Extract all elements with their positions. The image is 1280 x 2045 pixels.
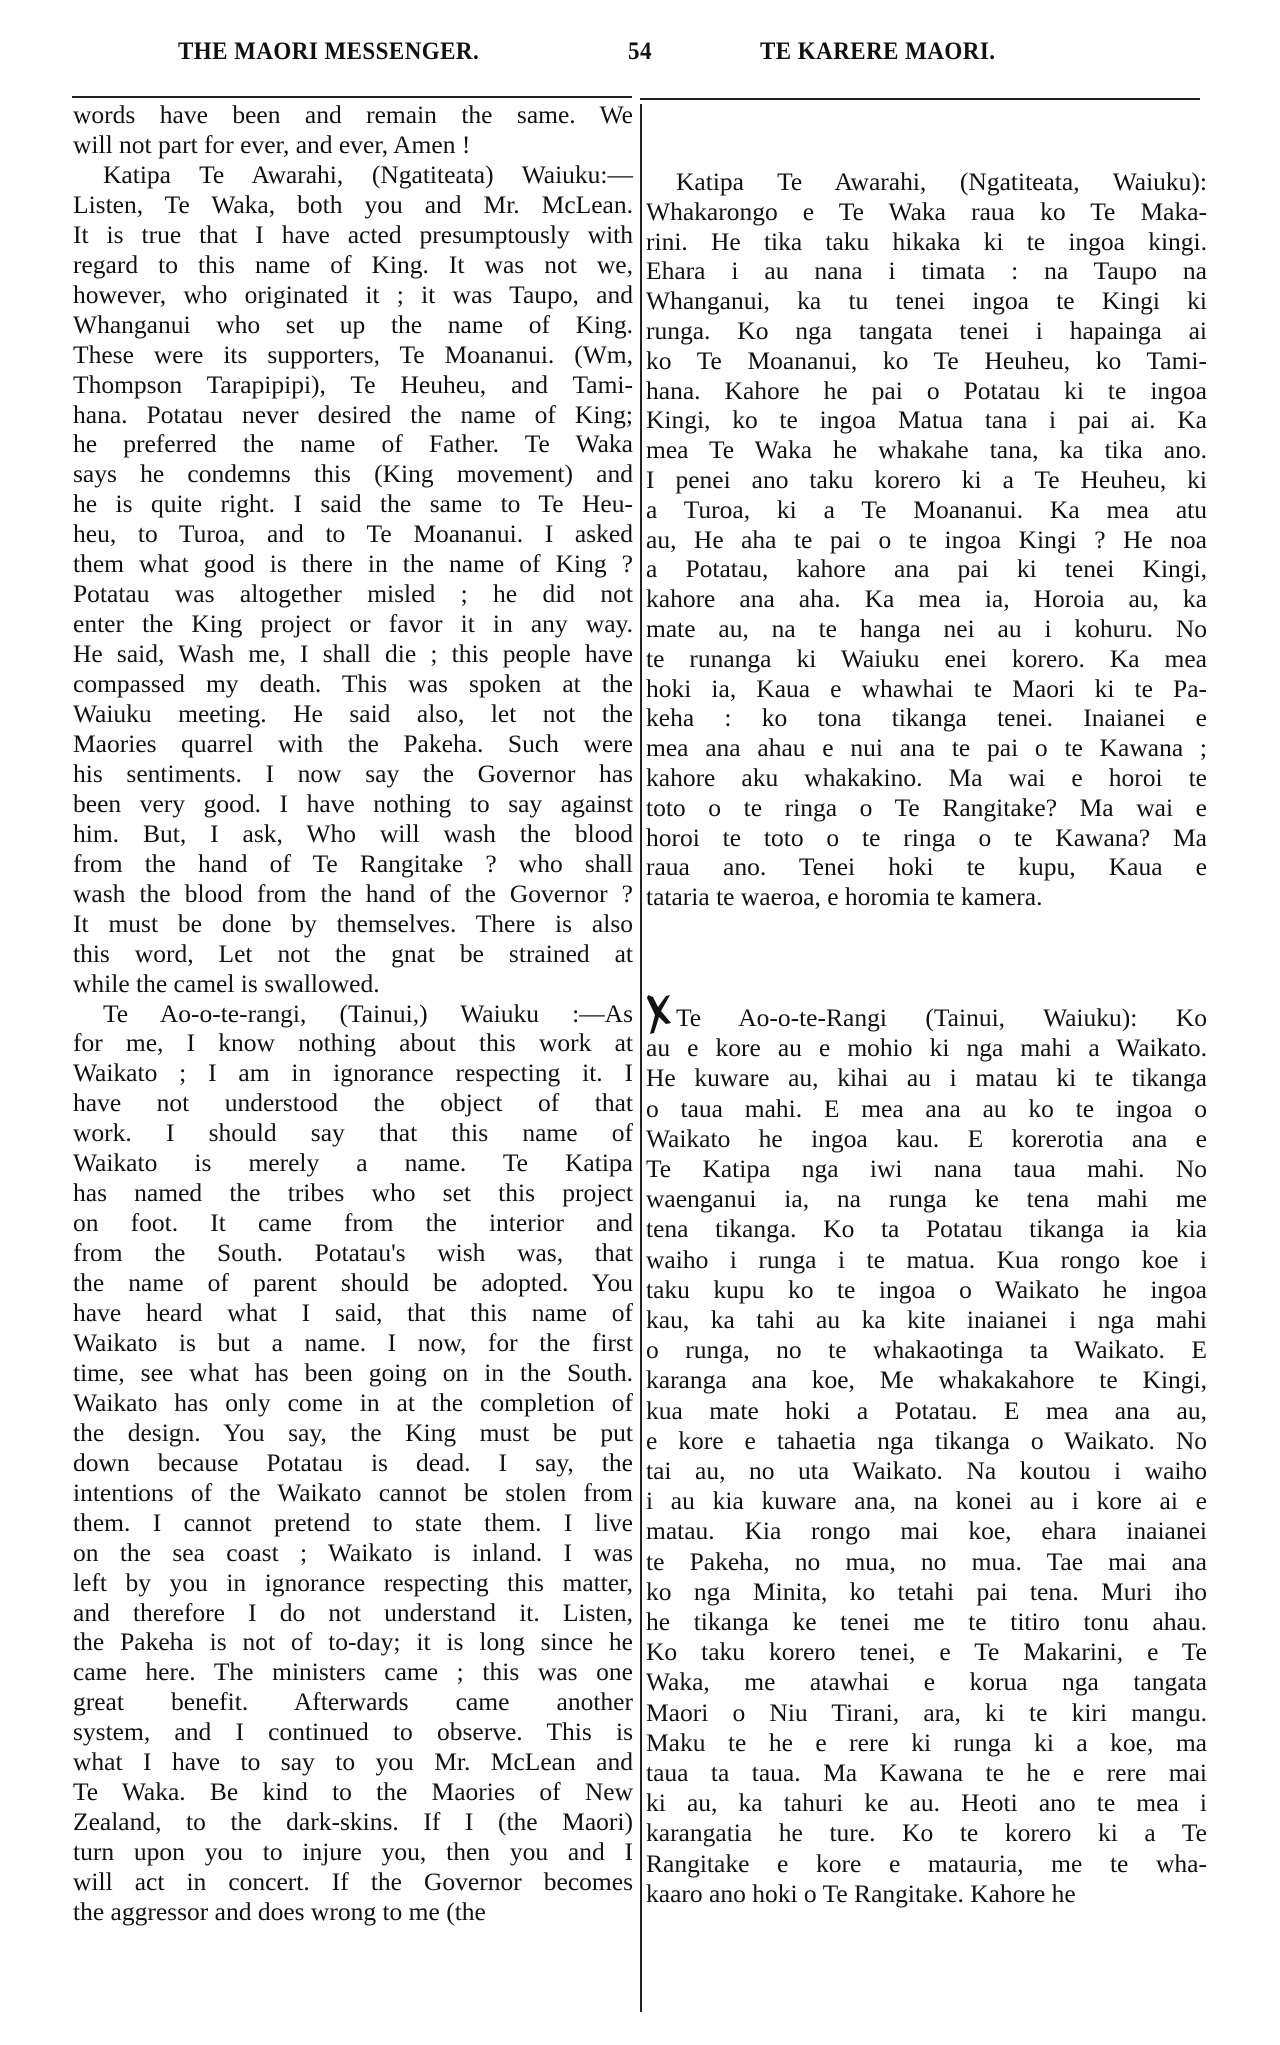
text-line: o taua mahi. E mea ana au ko te ingoa o <box>646 1094 1207 1124</box>
text-line: matau. Kia rongo mai koe, ehara inaianei <box>646 1516 1207 1546</box>
text-line: te runanga ki Waiuku enei korero. Ka mea <box>646 644 1207 674</box>
text-line: taku kupu ko te ingoa o Waikato he ingoa <box>646 1275 1207 1305</box>
text-line: Katipa Te Awarahi, (Ngatiteata, Waiuku): <box>646 167 1207 197</box>
text-line: These were its supporters, Te Moananui. … <box>73 340 633 370</box>
text-line: taua ta taua. Ma Kawana te he e rere mai <box>646 1758 1207 1788</box>
text-line: the Pakeha is not of to-day; it is long … <box>73 1627 633 1657</box>
text-line: from the hand of Te Rangitake ? who shal… <box>73 849 633 879</box>
text-line: and therefore I do not understand it. Li… <box>73 1598 633 1628</box>
text-line: Waikato has only come in at the completi… <box>73 1388 633 1418</box>
text-line: Maku te he e rere ki runga ki a koe, ma <box>646 1728 1207 1758</box>
text-line: time, see what has been going on in the … <box>73 1358 633 1388</box>
page-number: 54 <box>628 38 652 66</box>
header-rule-left <box>72 96 632 98</box>
text-line: Ko taku korero tenei, e Te Makarini, e T… <box>646 1637 1207 1667</box>
text-line: He said, Wash me, I shall die ; this peo… <box>73 639 633 669</box>
text-line: He kuware au, kihai au i matau ki te tik… <box>646 1063 1207 1093</box>
text-line: I penei ano taku korero ki a Te Heuheu, … <box>646 465 1207 495</box>
text-line: this word, Let not the gnat be strained … <box>73 939 633 969</box>
text-line: intentions of the Waikato cannot be stol… <box>73 1478 633 1508</box>
text-line: Te Waka. Be kind to the Maories of New <box>73 1777 633 1807</box>
text-line: down because Potatau is dead. I say, the <box>73 1448 633 1478</box>
text-line: horoi te toto o te ringa o te Kawana? Ma <box>646 823 1207 853</box>
text-line: karanga ana koe, Me whakakahore te Kingi… <box>646 1365 1207 1395</box>
x-mark-icon <box>644 993 674 1035</box>
text-line: Katipa Te Awarahi, (Ngatiteata) Waiuku:— <box>73 160 633 190</box>
text-line: Waikato is but a name. I now, for the fi… <box>73 1328 633 1358</box>
text-line: have heard what I said, that this name o… <box>73 1298 633 1328</box>
text-line: tena tikanga. Ko ta Potatau tikanga ia k… <box>646 1214 1207 1244</box>
text-line: ko Te Moananui, ko Te Heuheu, ko Tami- <box>646 346 1207 376</box>
text-line: Kingi, ko te ingoa Matua tana i pai ai. … <box>646 405 1207 435</box>
text-line: Waikato he ingoa kau. E korerotia ana e <box>646 1124 1207 1154</box>
text-line: him. But, I ask, Who will wash the blood <box>73 819 633 849</box>
text-line: however, who originated it ; it was Taup… <box>73 280 633 310</box>
text-line: Waka, me atawhai e korua nga tangata <box>646 1667 1207 1697</box>
text-line: e kore e tahaetia nga tikanga o Waikato.… <box>646 1426 1207 1456</box>
text-line: a Potatau, kahore ana pai ki tenei Kingi… <box>646 554 1207 584</box>
text-line: wash the blood from the hand of the Gove… <box>73 879 633 909</box>
text-line: words have been and remain the same. We <box>73 100 633 130</box>
text-line: left by you in ignorance respecting this… <box>73 1568 633 1598</box>
text-line: will not part for ever, and ever, Amen ! <box>73 130 633 160</box>
text-line: Te Ao-o-te-Rangi (Tainui, Waiuku): Ko <box>646 1003 1207 1033</box>
text-line: waiho i runga i te matua. Kua rongo koe … <box>646 1245 1207 1275</box>
text-line: the name of parent should be adopted. Yo… <box>73 1268 633 1298</box>
text-line: says he condemns this (King movement) an… <box>73 459 633 489</box>
text-line: kau, ka tahi au ka kite inaianei i nga m… <box>646 1305 1207 1335</box>
text-line: tataria te waeroa, e horomia te kamera. <box>646 882 1207 912</box>
text-line: i au kia kuware ana, na konei au i kore … <box>646 1486 1207 1516</box>
text-line: o runga, no te whakaotinga ta Waikato. E <box>646 1335 1207 1365</box>
text-line: hana. Kahore he pai o Potatau ki te ingo… <box>646 376 1207 406</box>
text-line: au, He aha te pai o te ingoa Kingi ? He … <box>646 525 1207 555</box>
text-line: compassed my death. This was spoken at t… <box>73 669 633 699</box>
text-line: regard to this name of King. It was not … <box>73 250 633 280</box>
text-line: been very good. I have nothing to say ag… <box>73 789 633 819</box>
text-line: what I have to say to you Mr. McLean and <box>73 1747 633 1777</box>
text-line: Waiuku meeting. He said also, let not th… <box>73 699 633 729</box>
text-line: mea ana ahau e nui ana te pai o te Kawan… <box>646 733 1207 763</box>
text-line: from the South. Potatau's wish was, that <box>73 1238 633 1268</box>
text-line: Te Katipa nga iwi nana taua mahi. No <box>646 1154 1207 1184</box>
text-line: them. I cannot pretend to state them. I … <box>73 1508 633 1538</box>
text-line: karangatia he ture. Ko te korero ki a Te <box>646 1818 1207 1848</box>
text-line: them what good is there in the name of K… <box>73 549 633 579</box>
text-line: It is true that I have acted presumptous… <box>73 220 633 250</box>
text-line: waenganui ia, na runga ke tena mahi me <box>646 1184 1207 1214</box>
text-line: Whanganui who set up the name of King. <box>73 310 633 340</box>
text-line: hana. Potatau never desired the name of … <box>73 400 633 430</box>
text-line: will act in concert. If the Governor bec… <box>73 1867 633 1897</box>
text-line: hoki ia, Kaua e whawhai te Maori ki te P… <box>646 674 1207 704</box>
text-line: rini. He tika taku hikaka ki te ingoa ki… <box>646 227 1207 257</box>
text-line: Te Ao-o-te-rangi, (Tainui,) Waiuku :—As <box>73 999 633 1029</box>
header-title-english: THE MAORI MESSENGER. <box>178 38 479 66</box>
text-line: work. I should say that this name of <box>73 1118 633 1148</box>
text-line: turn upon you to injure you, then you an… <box>73 1837 633 1867</box>
text-line: system, and I continued to observe. This… <box>73 1717 633 1747</box>
text-line: ko nga Minita, ko tetahi pai tena. Muri … <box>646 1577 1207 1607</box>
text-line: heu, to Turoa, and to Te Moananui. I ask… <box>73 519 633 549</box>
text-line: kahore ana aha. Ka mea ia, Horoia au, ka <box>646 584 1207 614</box>
text-line: for me, I know nothing about this work a… <box>73 1028 633 1058</box>
text-line: keha : ko tona tikanga tenei. Inaianei e <box>646 703 1207 733</box>
text-line: great benefit. Afterwards came another <box>73 1687 633 1717</box>
text-line: on foot. It came from the interior and <box>73 1208 633 1238</box>
text-line: a Turoa, ki a Te Moananui. Ka mea atu <box>646 495 1207 525</box>
text-line: kahore aku whakakino. Ma wai e horoi te <box>646 763 1207 793</box>
text-line: toto o te ringa o Te Rangitake? Ma wai e <box>646 793 1207 823</box>
text-line: he is quite right. I said the same to Te… <box>73 489 633 519</box>
text-line: tai au, no uta Waikato. Na koutou i waih… <box>646 1456 1207 1486</box>
text-line: runga. Ko nga tangata tenei i hapainga a… <box>646 316 1207 346</box>
text-line: his sentiments. I now say the Governor h… <box>73 759 633 789</box>
text-line: Thompson Tarapipipi), Te Heuheu, and Tam… <box>73 370 633 400</box>
text-line: mea Te Waka he whakahe tana, ka tika ano… <box>646 435 1207 465</box>
text-line: the design. You say, the King must be pu… <box>73 1418 633 1448</box>
text-line: Whakarongo e Te Waka raua ko Te Maka- <box>646 197 1207 227</box>
text-line: Zealand, to the dark-skins. If I (the Ma… <box>73 1807 633 1837</box>
text-line: kua mate hoki a Potatau. E mea ana au, <box>646 1396 1207 1426</box>
text-line: has named the tribes who set this projec… <box>73 1178 633 1208</box>
text-line: It must be done by themselves. There is … <box>73 909 633 939</box>
text-line: on the sea coast ; Waikato is inland. I … <box>73 1538 633 1568</box>
header-title-maori: TE KARERE MAORI. <box>760 38 995 66</box>
text-line: enter the King project or favor it in an… <box>73 609 633 639</box>
text-line: Maories quarrel with the Pakeha. Such we… <box>73 729 633 759</box>
text-line: have not understood the object of that <box>73 1088 633 1118</box>
text-line: came here. The ministers came ; this was… <box>73 1657 633 1687</box>
text-line: kaaro ano hoki o Te Rangitake. Kahore he <box>646 1879 1207 1909</box>
text-line: au e kore au e mohio ki nga mahi a Waika… <box>646 1033 1207 1063</box>
text-line: while the camel is swallowed. <box>73 969 633 999</box>
text-line: Rangitake e kore e matauria, me te wha- <box>646 1849 1207 1879</box>
header-rule-right <box>640 98 1200 100</box>
text-line: he tikanga ke tenei me te titiro tonu ah… <box>646 1607 1207 1637</box>
text-line: raua ano. Tenei hoki te kupu, Kaua e <box>646 852 1207 882</box>
page-header: THE MAORI MESSENGER. 54 TE KARERE MAORI. <box>0 38 1280 78</box>
column-divider <box>640 104 642 2012</box>
text-line: Whanganui, ka tu tenei ingoa te Kingi ki <box>646 286 1207 316</box>
text-line: Ehara i au nana i timata : na Taupo na <box>646 256 1207 286</box>
text-line: mate au, na te hanga nei au i kohuru. No <box>646 614 1207 644</box>
text-line: the aggressor and does wrong to me (the <box>73 1897 633 1927</box>
text-line: Potatau was altogether misled ; he did n… <box>73 579 633 609</box>
text-line: ki au, ka tahuri ke au. Heoti ano te mea… <box>646 1788 1207 1818</box>
text-line: Waikato is merely a name. Te Katipa <box>73 1148 633 1178</box>
text-line: Waikato ; I am in ignorance respecting i… <box>73 1058 633 1088</box>
text-line: Maori o Niu Tirani, ara, ki te kiri mang… <box>646 1698 1207 1728</box>
text-line: te Pakeha, no mua, no mua. Tae mai ana <box>646 1547 1207 1577</box>
text-line: Listen, Te Waka, both you and Mr. McLean… <box>73 190 633 220</box>
text-line: he preferred the name of Father. Te Waka <box>73 429 633 459</box>
